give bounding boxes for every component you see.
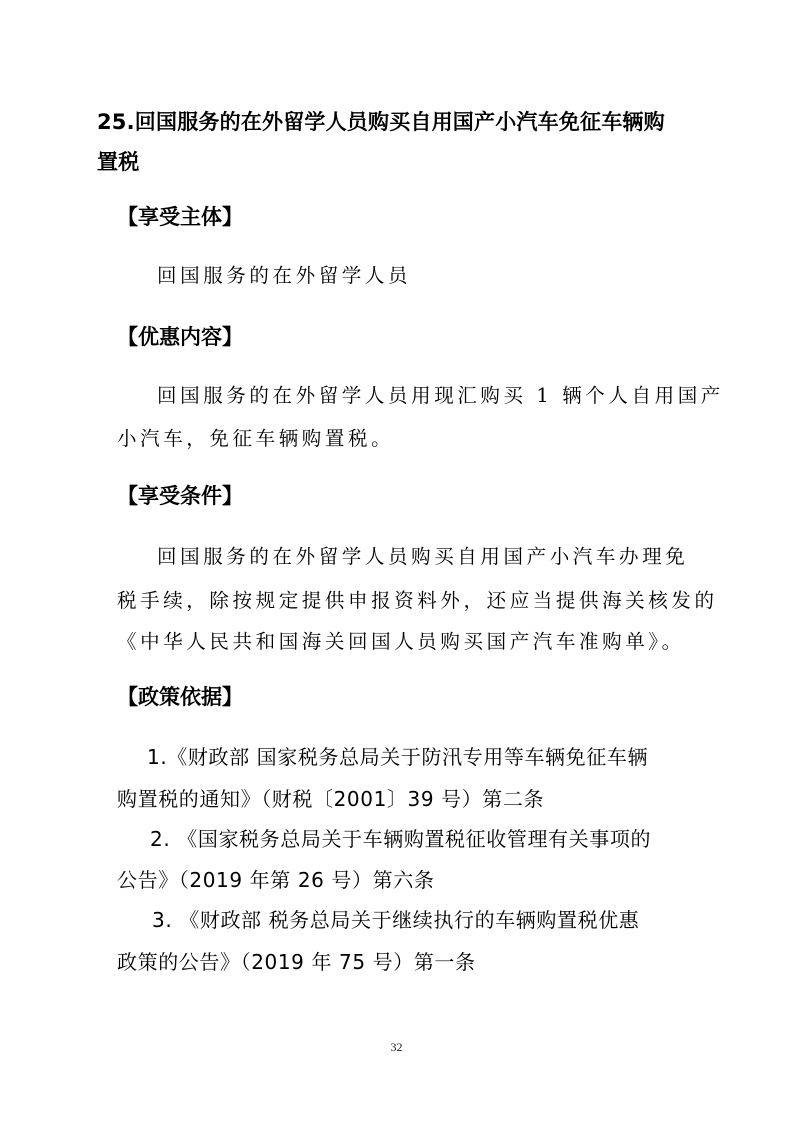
content-text-line-2: 小汽车，免征车辆购置税。 xyxy=(117,427,394,451)
page-title-line-1: 25.回国服务的在外留学人员购买自用国产小汽车免征车辆购 xyxy=(97,110,665,134)
conditions-text-line-2: 税手续，除按规定提供申报资料外，还应当提供海关核发的 xyxy=(117,589,718,613)
policy-ref-3-line-1: 3. 《财政部 税务总局关于继续执行的车辆购置税优惠 xyxy=(152,908,639,932)
conditions-text-line-1: 回国服务的在外留学人员购买自用国产小汽车办理免 xyxy=(157,545,688,569)
page-title-line-2: 置税 xyxy=(97,150,139,174)
policy-ref-1-line-2: 购置税的通知》（财税〔2001〕39 号）第二条 xyxy=(117,787,544,811)
policy-ref-1-line-1: 1.《财政部 国家税务总局关于防汛专用等车辆免征车辆 xyxy=(147,745,648,769)
section-heading-policy-basis: 【政策依据】 xyxy=(117,685,243,709)
content-text-line-1: 回国服务的在外留学人员用现汇购买 1 辆个人自用国产 xyxy=(157,384,724,408)
beneficiary-text: 回国服务的在外留学人员 xyxy=(157,264,411,288)
document-page: 25.回国服务的在外留学人员购买自用国产小汽车免征车辆购 置税 【享受主体】 回… xyxy=(0,0,793,1122)
policy-ref-2-line-1: 2. 《国家税务总局关于车辆购置税征收管理有关事项的 xyxy=(150,827,651,851)
policy-ref-3-line-2: 政策的公告》（2019 年 75 号）第一条 xyxy=(117,950,476,974)
policy-ref-2-line-2: 公告》（2019 年第 26 号）第六条 xyxy=(117,868,434,892)
conditions-text-line-3: 《中华人民共和国海关回国人员购买国产汽车准购单》。 xyxy=(117,630,685,654)
page-number: 32 xyxy=(0,1040,793,1055)
section-heading-content: 【优惠内容】 xyxy=(117,325,243,349)
section-heading-beneficiary: 【享受主体】 xyxy=(117,205,243,229)
section-heading-conditions: 【享受条件】 xyxy=(117,484,243,508)
